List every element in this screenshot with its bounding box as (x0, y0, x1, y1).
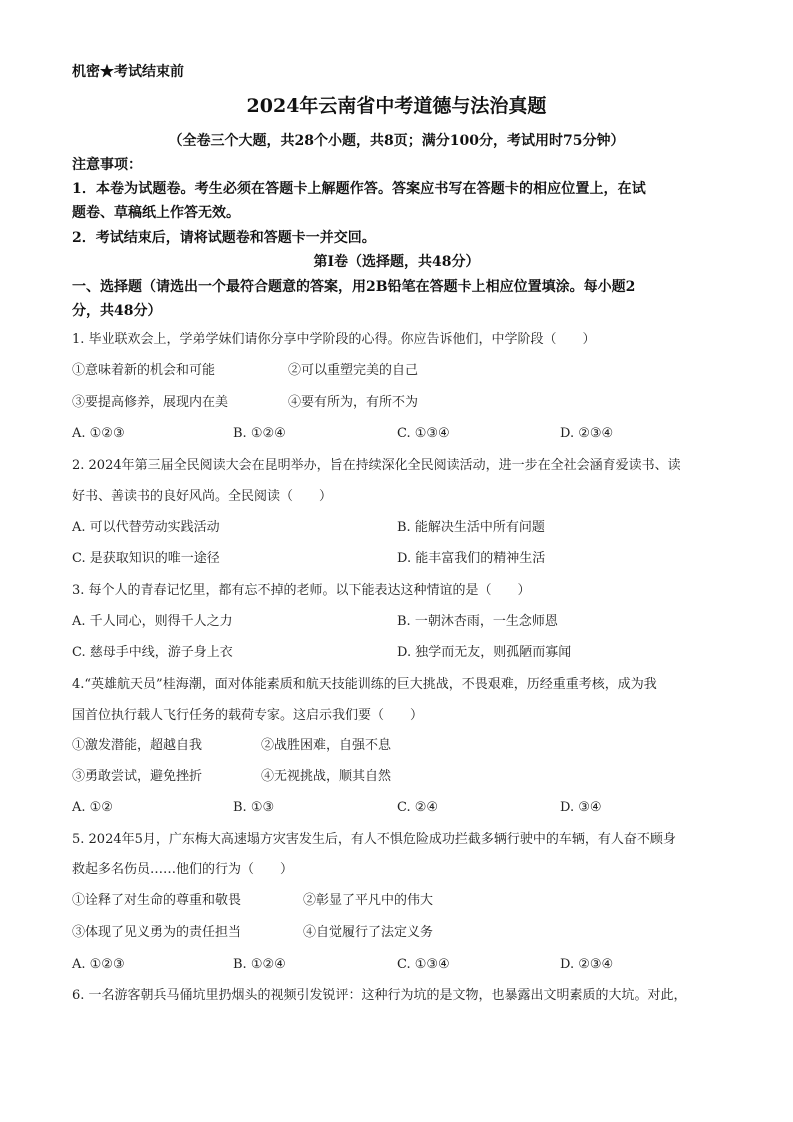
statement: ④自觉履行了法定义务 (303, 926, 433, 939)
option-b[interactable]: B. ①②④ (233, 427, 286, 440)
option-d[interactable]: D. ②③④ (560, 427, 613, 440)
question-stem: 4.“英雄航天员”桂海潮，面对体能素质和航天技能训练的巨大挑战，不畏艰难，历经重… (72, 678, 657, 691)
option-b[interactable]: B. ①②④ (233, 958, 286, 971)
statement: ④要有所为，有所不为 (288, 396, 418, 409)
option-c[interactable]: C. ②④ (397, 801, 438, 814)
option-b[interactable]: B. 能解决生活中所有问题 (397, 521, 545, 534)
page-subtitle: （全卷三个大题，共28个小题，共8页；满分100分，考试用时75分钟） (0, 134, 793, 148)
option-a[interactable]: A. ①② (72, 801, 113, 814)
note-item: 2．考试结束后，请将试题卷和答题卡一并交回。 (72, 231, 376, 245)
statement: ③勇敢尝试，避免挫折 (72, 770, 202, 783)
notes-heading: 注意事项： (72, 158, 142, 172)
option-a[interactable]: A. 千人同心，则得千人之力 (72, 615, 233, 628)
option-a[interactable]: A. ①②③ (72, 427, 125, 440)
option-d[interactable]: D. 能丰富我们的精神生活 (397, 552, 545, 565)
question-stem: 好书、善读书的良好风尚。全民阅读（ ） (72, 490, 332, 503)
option-c[interactable]: C. ①③④ (397, 427, 450, 440)
confidential-label: 机密★考试结束前 (72, 65, 184, 79)
section-heading-cont: 分，共48分） (72, 304, 161, 318)
question-stem: 1. 毕业联欢会上，学弟学妹们请你分享中学阶段的心得。你应告诉他们，中学阶段（ … (72, 333, 596, 346)
statement: ②彰显了平凡中的伟大 (303, 894, 433, 907)
question-stem: 5. 2024年5月，广东梅大高速塌方灾害发生后，有人不惧危险成功拦截多辆行驶中… (72, 833, 676, 846)
statement: ①诠释了对生命的尊重和敬畏 (72, 894, 241, 907)
question-stem: 6. 一名游客朝兵马俑坑里扔烟头的视频引发锐评：这种行为坑的是文物，也暴露出文明… (72, 989, 687, 1002)
page-title: 2024年云南省中考道德与法治真题 (0, 97, 793, 116)
option-d[interactable]: D. 独学而无友，则孤陋而寡闻 (397, 646, 571, 659)
option-a[interactable]: A. 可以代替劳动实践活动 (72, 521, 220, 534)
option-d[interactable]: D. ③④ (560, 801, 602, 814)
statement: ①意味着新的机会和可能 (72, 364, 215, 377)
option-b[interactable]: B. ①③ (233, 801, 274, 814)
option-c[interactable]: C. 是获取知识的唯一途径 (72, 552, 220, 565)
option-c[interactable]: C. 慈母手中线，游子身上衣 (72, 646, 233, 659)
statement: ②战胜困难，自强不息 (261, 739, 391, 752)
question-stem: 2. 2024年第三届全民阅读大会在昆明举办，旨在持续深化全民阅读活动，进一步在… (72, 459, 681, 472)
statement: ①激发潜能，超越自我 (72, 739, 202, 752)
question-stem: 国首位执行载人飞行任务的载荷专家。这启示我们要（ ） (72, 709, 423, 722)
part-title: 第Ⅰ卷（选择题，共48分） (0, 255, 793, 269)
option-a[interactable]: A. ①②③ (72, 958, 125, 971)
statement: ③要提高修养，展现内在美 (72, 396, 228, 409)
note-item: 题卷、草稿纸上作答无效。 (72, 206, 240, 220)
statement: ③体现了见义勇为的责任担当 (72, 926, 241, 939)
statement: ②可以重塑完美的自己 (288, 364, 418, 377)
question-stem: 3. 每个人的青春记忆里，都有忘不掉的老师。以下能表达这种情谊的是（ ） (72, 584, 531, 597)
note-item: 1．本卷为试题卷。考生必须在答题卡上解题作答。答案应书写在答题卡的相应位置上，在… (72, 182, 646, 196)
option-b[interactable]: B. 一朝沐杏雨，一生念师恩 (397, 615, 558, 628)
section-heading: 一、选择题（请选出一个最符合题意的答案，用2B铅笔在答题卡上相应位置填涂。每小题… (72, 280, 635, 294)
statement: ④无视挑战，顺其自然 (261, 770, 391, 783)
question-stem: 救起多名伤员……他们的行为（ ） (72, 863, 293, 876)
option-d[interactable]: D. ②③④ (560, 958, 613, 971)
option-c[interactable]: C. ①③④ (397, 958, 450, 971)
